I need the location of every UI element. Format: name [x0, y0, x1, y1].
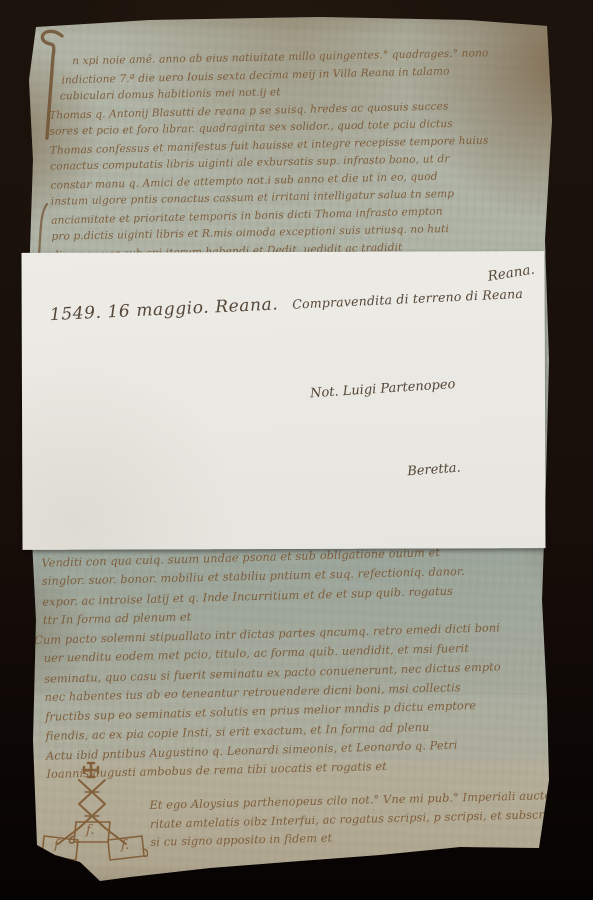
manuscript-bottom-text: Venditi con qua cuiq. suum undae psona e…: [41, 544, 548, 787]
notary-subscription-text: Et ego Aloysius parthenopeus cilo not.° …: [149, 789, 552, 855]
archival-slip: Reana. 1549. 16 maggio. Reana.Compravend…: [21, 251, 545, 550]
slip-notary-name: Not. Luigi Partenopeo: [310, 377, 456, 401]
slip-date: 1549. 16 maggio. Reana.: [49, 294, 278, 325]
slip-corner-note: Reana.: [486, 262, 535, 285]
manuscript-top-text: n xpi noie amé. anno ab eius natiuitate …: [48, 46, 544, 266]
banderole-letter: f.: [121, 838, 129, 853]
slip-secondary-name: Beretta.: [407, 461, 461, 480]
notary-sign-icon: ſ f. f.: [36, 760, 148, 862]
archive-photo: n xpi noie amé. anno ab eius natiuitate …: [0, 0, 593, 900]
slip-date-line: 1549. 16 maggio. Reana.Compravendita di …: [49, 283, 523, 325]
banderole-letter: f.: [86, 823, 94, 838]
banderole-letter: ſ: [54, 838, 59, 853]
slip-title: Compravendita di terreno di Reana: [292, 286, 523, 312]
